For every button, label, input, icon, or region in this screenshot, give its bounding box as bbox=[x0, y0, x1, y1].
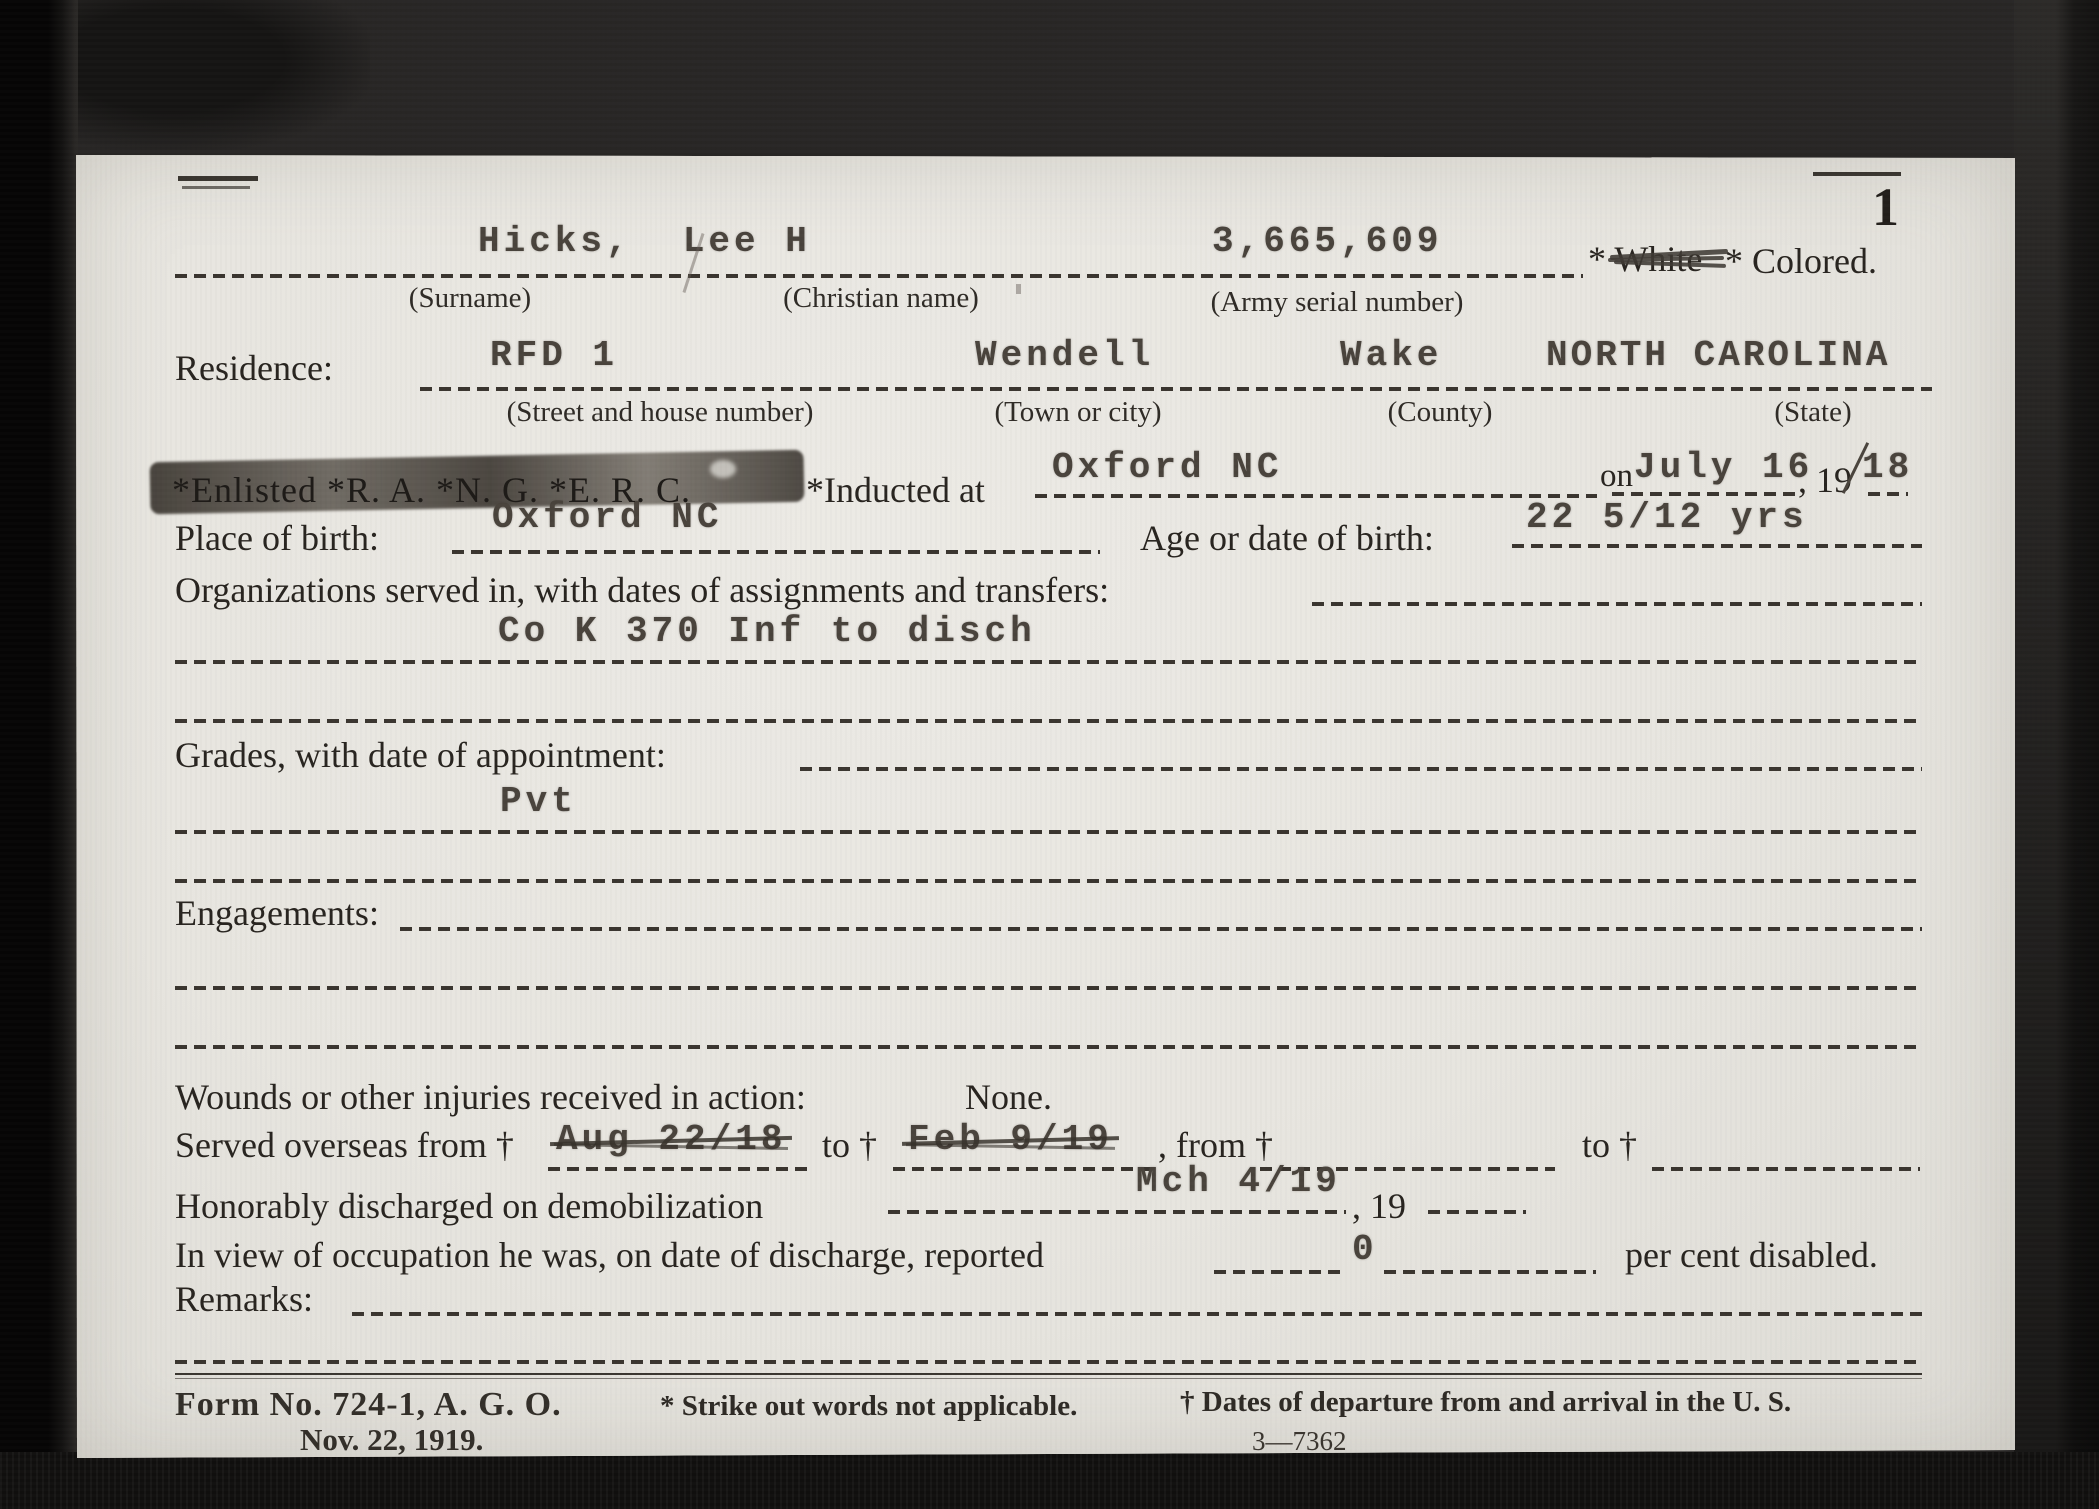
name-value: Hicks, Lee H bbox=[478, 224, 811, 260]
grades-label: Grades, with date of appointment: bbox=[175, 737, 666, 773]
bottom-rule-2 bbox=[175, 1378, 1922, 1379]
enlistment-options-struck: *Enlisted *R. A. *N. G. *E. R. C. bbox=[172, 472, 691, 508]
grades-line-3 bbox=[175, 879, 1922, 883]
disability-line-1 bbox=[1214, 1270, 1342, 1274]
scanned-service-record: 1 Hicks, Lee H 3,665,609 * White * Color… bbox=[0, 0, 2099, 1509]
wounds-label: Wounds or other injuries received in act… bbox=[175, 1079, 806, 1115]
form-number: Form No. 724-1, A. G. O. bbox=[175, 1388, 562, 1422]
grades-line-1 bbox=[800, 767, 1922, 771]
overseas-from2-label: , from † bbox=[1158, 1127, 1273, 1163]
scan-edge-left bbox=[0, 0, 78, 1509]
engagements-line-2 bbox=[175, 986, 1922, 990]
birth-place-label: Place of birth: bbox=[175, 520, 379, 556]
discharge-line-2 bbox=[1428, 1210, 1526, 1214]
pencil-tick-mark bbox=[1016, 284, 1021, 294]
induction-year-line bbox=[1868, 492, 1908, 496]
birth-place-line bbox=[452, 550, 1100, 554]
name-line bbox=[175, 274, 1583, 278]
grades-value: Pvt bbox=[500, 784, 577, 820]
inducted-at-label: *Inducted at bbox=[806, 472, 985, 508]
engagements-line-3 bbox=[175, 1045, 1922, 1049]
disability-label: In view of occupation he was, on date of… bbox=[175, 1237, 1044, 1273]
induction-date-value: July 16 bbox=[1634, 450, 1813, 486]
disability-suffix: per cent disabled. bbox=[1625, 1237, 1878, 1273]
age-line bbox=[1512, 544, 1922, 548]
age-label: Age or date of birth: bbox=[1140, 520, 1434, 556]
corner-mark-top-left-2 bbox=[182, 186, 250, 189]
grades-line-2 bbox=[175, 830, 1922, 834]
army-serial-label: (Army serial number) bbox=[1211, 288, 1464, 317]
organizations-line-1 bbox=[1312, 602, 1922, 606]
street-label: (Street and house number) bbox=[507, 398, 814, 427]
residence-street-value: RFD 1 bbox=[490, 338, 618, 374]
page-number: 1 bbox=[1872, 180, 1899, 234]
induction-place-line bbox=[1035, 494, 1597, 498]
form-date: Nov. 22, 1919. bbox=[300, 1424, 483, 1455]
remarks-line bbox=[352, 1312, 1922, 1316]
overseas-to1-label: to † bbox=[822, 1127, 877, 1163]
disability-line-2 bbox=[1384, 1270, 1596, 1274]
on-label: on bbox=[1600, 460, 1633, 493]
discharge-label: Honorably discharged on demobilization bbox=[175, 1188, 763, 1224]
discharge-line-1 bbox=[888, 1210, 1346, 1214]
organizations-label: Organizations served in, with dates of a… bbox=[175, 572, 1109, 608]
disability-value: 0 bbox=[1352, 1232, 1378, 1268]
serial-value: 3,665,609 bbox=[1212, 224, 1442, 260]
state-label: (State) bbox=[1774, 398, 1851, 427]
surname-label: (Surname) bbox=[409, 284, 531, 313]
overseas-line-1 bbox=[548, 1167, 810, 1171]
age-value: 22 5/12 yrs bbox=[1526, 500, 1808, 536]
induction-place-value: Oxford NC bbox=[1052, 450, 1282, 486]
overseas-label: Served overseas from † bbox=[175, 1127, 514, 1163]
organizations-value: Co K 370 Inf to disch bbox=[498, 614, 1036, 650]
town-label: (Town or city) bbox=[994, 398, 1161, 427]
organizations-line-2 bbox=[175, 660, 1922, 664]
overseas-to1-value: Feb 9/19 bbox=[908, 1122, 1113, 1158]
footnote-departure-dates: † Dates of departure from and arrival in… bbox=[1180, 1388, 1791, 1417]
bottom-rule bbox=[175, 1373, 1922, 1375]
wounds-value: None. bbox=[965, 1079, 1052, 1115]
overseas-to2-label: to † bbox=[1582, 1127, 1637, 1163]
residence-state-value: NORTH CAROLINA bbox=[1546, 338, 1890, 374]
print-code: 3—7362 bbox=[1252, 1428, 1347, 1455]
engagements-line-1 bbox=[400, 927, 1922, 931]
christian-name-label: (Christian name) bbox=[783, 284, 979, 313]
race-colored-label: * Colored. bbox=[1725, 243, 1877, 279]
bottom-dashed-line bbox=[175, 1360, 1922, 1364]
corner-mark-top-left bbox=[178, 176, 258, 181]
overseas-line-4 bbox=[1652, 1167, 1920, 1171]
overseas-from1-value: Aug 22/18 bbox=[556, 1122, 786, 1158]
residence-town-value: Wendell bbox=[975, 338, 1154, 374]
residence-line bbox=[420, 387, 1932, 391]
county-label: (County) bbox=[1388, 398, 1493, 427]
organizations-line-3 bbox=[175, 719, 1922, 723]
scan-shadow-topleft bbox=[40, 0, 370, 150]
discharge-date-value: Mch 4/19 bbox=[1136, 1164, 1341, 1200]
ink-smudge-gap bbox=[710, 460, 736, 478]
induction-date-line bbox=[1612, 492, 1800, 496]
overseas-line-2 bbox=[893, 1167, 1155, 1171]
residence-county-value: Wake bbox=[1340, 338, 1442, 374]
remarks-label: Remarks: bbox=[175, 1281, 313, 1317]
page-number-overline bbox=[1813, 172, 1901, 176]
residence-label: Residence: bbox=[175, 350, 333, 386]
footnote-strike-out: * Strike out words not applicable. bbox=[660, 1392, 1077, 1421]
engagements-label: Engagements: bbox=[175, 895, 379, 931]
scan-edge-right bbox=[2014, 0, 2099, 1509]
scan-edge-bottom bbox=[0, 1452, 2099, 1509]
induction-year-value: 18 bbox=[1862, 450, 1913, 486]
discharge-year-prefix: , 19 bbox=[1352, 1188, 1406, 1224]
